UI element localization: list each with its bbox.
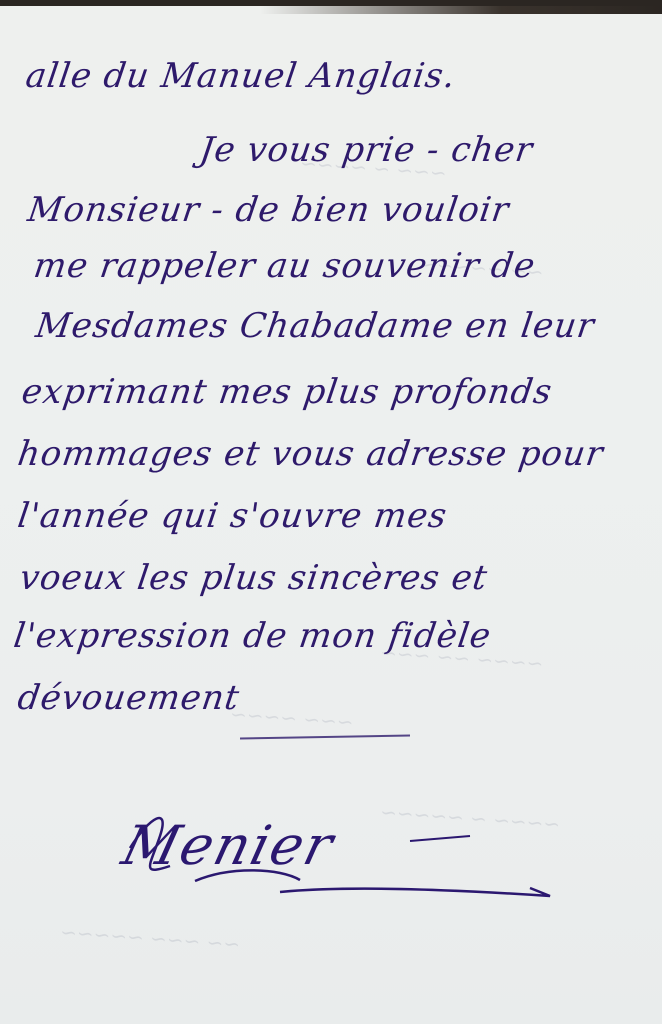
letter-line: l'année qui s'ouvre mes	[15, 496, 450, 536]
closing-flourish-line	[240, 735, 410, 740]
letter-line: Monsieur - de bien vouloir	[25, 190, 512, 230]
letter-line: Mesdames Chabadame en leur	[33, 306, 597, 346]
letter-line: me rappeler au souvenir de	[31, 246, 538, 286]
letter-line: l'expression de mon fidèle	[11, 616, 494, 656]
letter-line: hommages et vous adresse pour	[15, 434, 606, 474]
signature-flourish-icon	[110, 796, 580, 916]
signature: Menier	[110, 796, 580, 916]
letter-line: alle du Manuel Anglais.	[23, 56, 458, 96]
letter-line: exprimant mes plus profonds	[19, 372, 555, 412]
letter-line: voeux les plus sincères et	[17, 558, 490, 598]
letter-line: Je vous prie - cher	[197, 130, 535, 170]
letter-page: ~~~ ~ ~~~~ ~~ ~~~~~ ~~~~ ~~ ~~~ ~~~ ~~~~…	[0, 6, 662, 1024]
show-through-text: ~~ ~~~ ~~~~~	[59, 920, 241, 957]
show-through-text: ~~~ ~~~~	[229, 702, 354, 735]
letter-line: dévouement	[15, 678, 242, 718]
page-shadow-edge	[260, 6, 662, 14]
